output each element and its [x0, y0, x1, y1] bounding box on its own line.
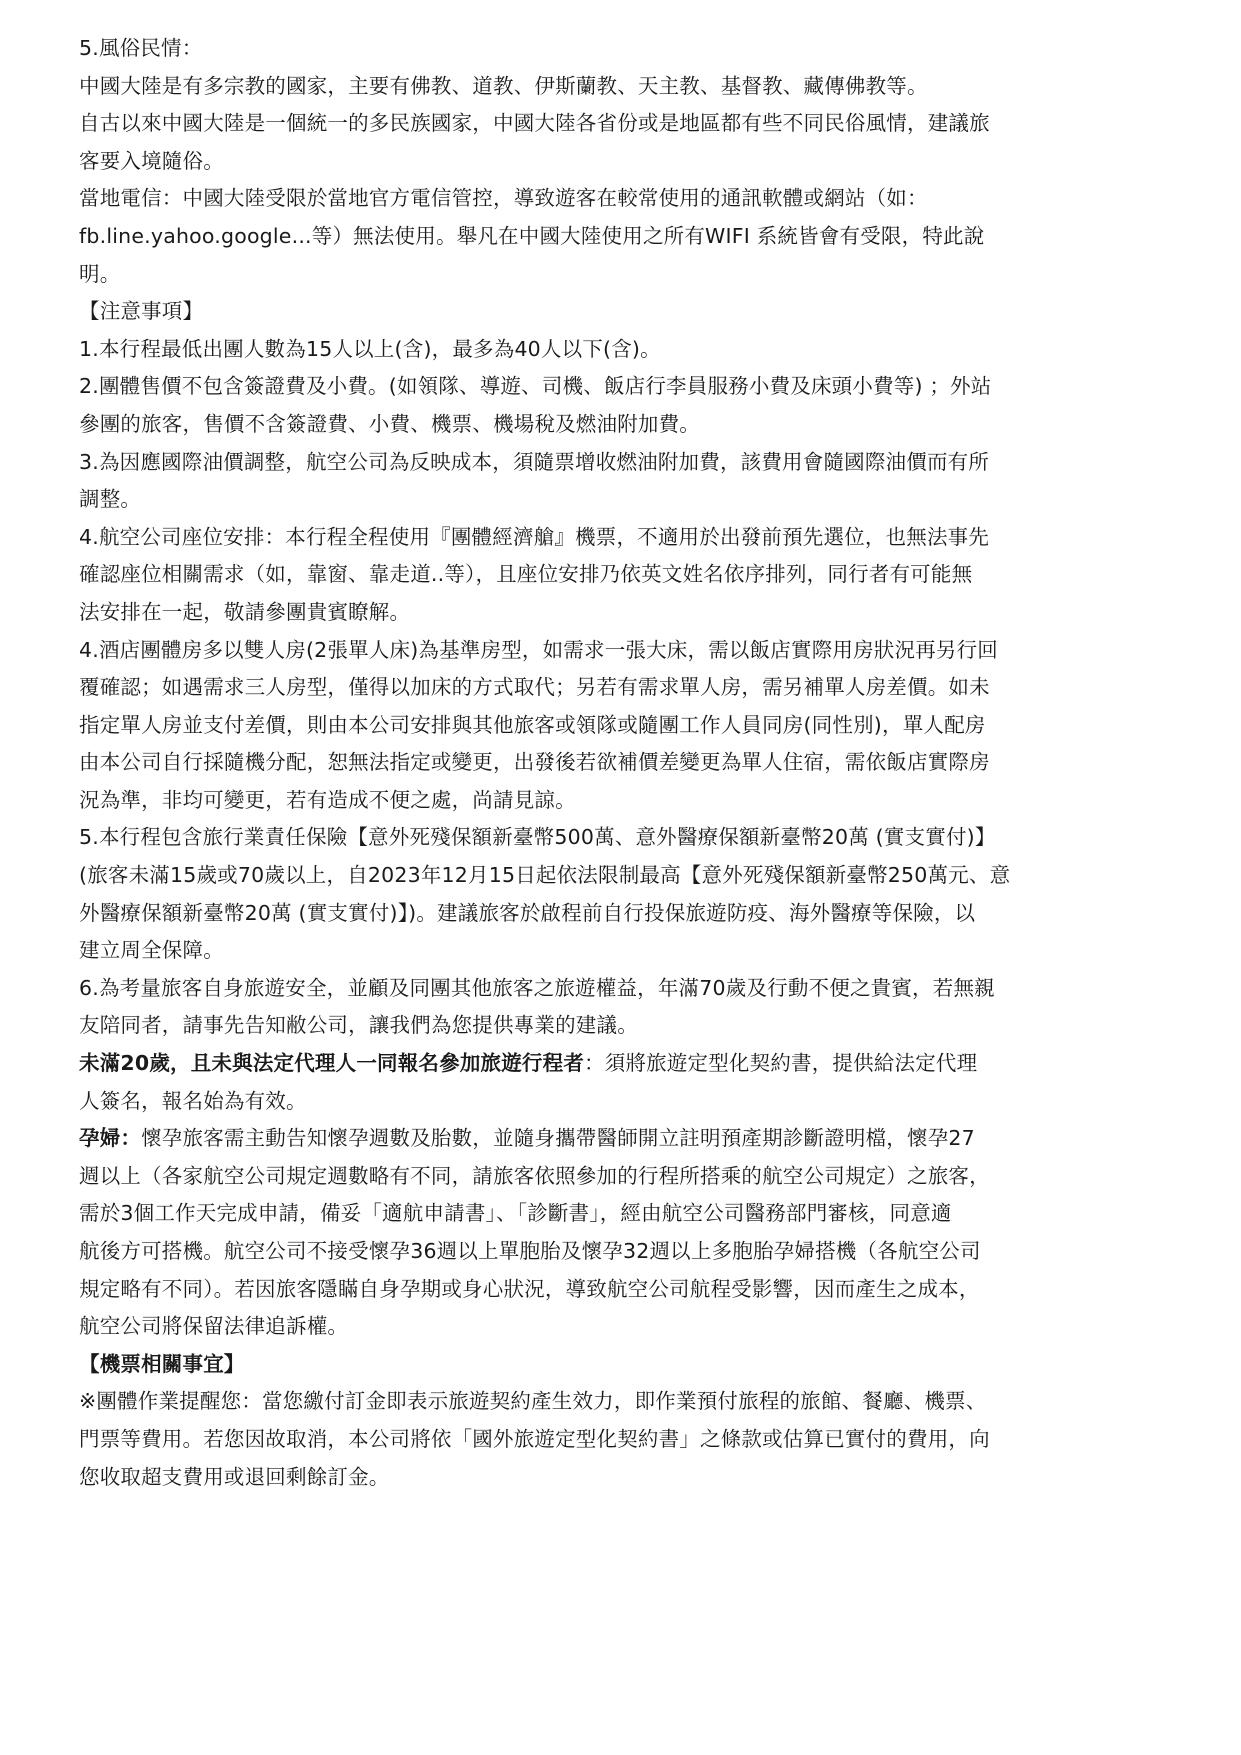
note-item-hotel-rooms: 4.酒店團體房多以雙人房(2張單人床)為基準房型，如需求一張大床，需以飯店實際用… — [79, 632, 1189, 820]
text-line: 參團的旅客，售價不含簽證費、小費、機票、機場稅及燃油附加費。 — [79, 406, 1189, 444]
pregnancy-text: 懷孕旅客需主動告知懷孕週數及胎數，並隨身攜帶醫師開立註明預產期診斷證明檔，懷孕2… — [141, 1126, 975, 1150]
paragraph-group-operation-reminder: ※團體作業提醒您：當您繳付訂金即表示旅遊契約產生效力，即作業預付旅程的旅館、餐廳… — [79, 1383, 1189, 1496]
section-tickets: 【機票相關事宜】 ※團體作業提醒您：當您繳付訂金即表示旅遊契約產生效力，即作業預… — [79, 1346, 1189, 1496]
text-line: 孕婦：懷孕旅客需主動告知懷孕週數及胎數，並隨身攜帶醫師開立註明預產期診斷證明檔，… — [79, 1120, 1189, 1158]
note-item-fuel-surcharge: 3.為因應國際油價調整，航空公司為反映成本，須隨票增收燃油附加費，該費用會隨國際… — [79, 444, 1189, 519]
note-item-min-group: 1.本行程最低出團人數為15人以上(含)，最多為40人以下(含)。 — [79, 331, 1189, 369]
section-notes: 【注意事項】 1.本行程最低出團人數為15人以上(含)，最多為40人以下(含)。… — [79, 293, 1189, 1346]
text-line: 中國大陸是有多宗教的國家，主要有佛教、道教、伊斯蘭教、天主教、基督教、藏傳佛教等… — [79, 68, 1189, 106]
text-line: 調整。 — [79, 481, 1189, 519]
text-line: 客要入境隨俗。 — [79, 143, 1189, 181]
text-line: 5.本行程包含旅行業責任保險【意外死殘保額新臺幣500萬、意外醫療保額新臺幣20… — [79, 819, 1189, 857]
text-line: 由本公司自行採隨機分配，恕無法指定或變更，出發後若欲補價差變更為單人住宿，需依飯… — [79, 744, 1189, 782]
text-line: 3.為因應國際油價調整，航空公司為反映成本，須隨票增收燃油附加費，該費用會隨國際… — [79, 444, 1189, 482]
text-line: 規定略有不同）。若因旅客隱瞞自身孕期或身心狀況，導致航空公司航程受影響，因而產生… — [79, 1271, 1189, 1309]
text-line: 未滿20歲，且未與法定代理人一同報名參加旅遊行程者：須將旅遊定型化契約書，提供給… — [79, 1045, 1189, 1083]
section-heading-tickets: 【機票相關事宜】 — [79, 1346, 1189, 1384]
text-line: 週以上（各家航空公司規定週數略有不同，請旅客依照參加的行程所搭乘的航空公司規定）… — [79, 1158, 1189, 1196]
minors-text: ：須將旅遊定型化契約書，提供給法定代理 — [584, 1051, 977, 1075]
text-line: 自古以來中國大陸是一個統一的多民族國家，中國大陸各省份或是地區都有些不同民俗風情… — [79, 105, 1189, 143]
note-item-insurance: 5.本行程包含旅行業責任保險【意外死殘保額新臺幣500萬、意外醫療保額新臺幣20… — [79, 819, 1189, 969]
text-line: 友陪同者，請事先告知敝公司，讓我們為您提供專業的建議。 — [79, 1007, 1189, 1045]
pregnancy-label: 孕婦： — [79, 1126, 141, 1150]
note-item-pregnancy: 孕婦：懷孕旅客需主動告知懷孕週數及胎數，並隨身攜帶醫師開立註明預產期診斷證明檔，… — [79, 1120, 1189, 1346]
section-customs: 5.風俗民情： 中國大陸是有多宗教的國家，主要有佛教、道教、伊斯蘭教、天主教、基… — [79, 30, 1189, 293]
text-line: 1.本行程最低出團人數為15人以上(含)，最多為40人以下(含)。 — [79, 331, 1189, 369]
text-line: 需於3個工作天完成申請，備妥「適航申請書」、「診斷書」，經由航空公司醫務部門審核… — [79, 1195, 1189, 1233]
text-line: 當地電信：中國大陸受限於當地官方電信管控，導致遊客在較常使用的通訊軟體或網站（如… — [79, 180, 1189, 218]
text-line: fb.line.yahoo.google...等）無法使用。舉凡在中國大陸使用之… — [79, 218, 1189, 256]
minors-label: 未滿20歲，且未與法定代理人一同報名參加旅遊行程者 — [79, 1051, 584, 1075]
text-line: 人簽名，報名始為有效。 — [79, 1083, 1189, 1121]
text-line: 建立周全保障。 — [79, 932, 1189, 970]
text-line: ※團體作業提醒您：當您繳付訂金即表示旅遊契約產生效力，即作業預付旅程的旅館、餐廳… — [79, 1383, 1189, 1421]
text-line: 您收取超支費用或退回剩餘訂金。 — [79, 1459, 1189, 1497]
text-line: 覆確認；如遇需求三人房型，僅得以加床的方式取代；另若有需求單人房，需另補單人房差… — [79, 669, 1189, 707]
text-line: 指定單人房並支付差價，則由本公司安排與其他旅客或領隊或隨團工作人員同房(同性別)… — [79, 707, 1189, 745]
text-line: 外醫療保額新臺幣20萬 (實支實付)】)。建議旅客於啟程前自行投保旅遊防疫、海外… — [79, 895, 1189, 933]
paragraph-ethnic-customs: 自古以來中國大陸是一個統一的多民族國家，中國大陸各省份或是地區都有些不同民俗風情… — [79, 105, 1189, 180]
document-page: 5.風俗民情： 中國大陸是有多宗教的國家，主要有佛教、道教、伊斯蘭教、天主教、基… — [79, 30, 1189, 1496]
text-line: 明。 — [79, 256, 1189, 294]
section-heading-notes: 【注意事項】 — [79, 293, 1189, 331]
text-line: 4.酒店團體房多以雙人房(2張單人床)為基準房型，如需求一張大床，需以飯店實際用… — [79, 632, 1189, 670]
note-item-minors: 未滿20歲，且未與法定代理人一同報名參加旅遊行程者：須將旅遊定型化契約書，提供給… — [79, 1045, 1189, 1120]
text-line: 航後方可搭機。航空公司不接受懷孕36週以上單胞胎及懷孕32週以上多胞胎孕婦搭機（… — [79, 1233, 1189, 1271]
section-heading-customs: 5.風俗民情： — [79, 30, 1189, 68]
text-line: 況為準，非均可變更，若有造成不便之處，尚請見諒。 — [79, 782, 1189, 820]
text-line: 法安排在一起，敬請參團貴賓瞭解。 — [79, 594, 1189, 632]
text-line: 門票等費用。若您因故取消，本公司將依「國外旅遊定型化契約書」之條款或估算已實付的… — [79, 1421, 1189, 1459]
text-line: 航空公司將保留法律追訴權。 — [79, 1308, 1189, 1346]
note-item-elderly-travelers: 6.為考量旅客自身旅遊安全，並顧及同團其他旅客之旅遊權益，年滿70歲及行動不便之… — [79, 970, 1189, 1045]
note-item-seat-arrangement: 4.航空公司座位安排：本行程全程使用『團體經濟艙』機票，不適用於出發前預先選位，… — [79, 519, 1189, 632]
text-line: 2.團體售價不包含簽證費及小費。(如領隊、導遊、司機、飯店行李員服務小費及床頭小… — [79, 368, 1189, 406]
text-line: 確認座位相關需求（如，靠窗、靠走道..等），且座位安排乃依英文姓名依序排列，同行… — [79, 556, 1189, 594]
paragraph-telecom: 當地電信：中國大陸受限於當地官方電信管控，導致遊客在較常使用的通訊軟體或網站（如… — [79, 180, 1189, 293]
text-line: 4.航空公司座位安排：本行程全程使用『團體經濟艙』機票，不適用於出發前預先選位，… — [79, 519, 1189, 557]
note-item-price-exclusions: 2.團體售價不包含簽證費及小費。(如領隊、導遊、司機、飯店行李員服務小費及床頭小… — [79, 368, 1189, 443]
text-line: (旅客未滿15歲或70歲以上，自2023年12月15日起依法限制最高【意外死殘保… — [79, 857, 1189, 895]
paragraph-religions: 中國大陸是有多宗教的國家，主要有佛教、道教、伊斯蘭教、天主教、基督教、藏傳佛教等… — [79, 68, 1189, 106]
text-line: 6.為考量旅客自身旅遊安全，並顧及同團其他旅客之旅遊權益，年滿70歲及行動不便之… — [79, 970, 1189, 1008]
